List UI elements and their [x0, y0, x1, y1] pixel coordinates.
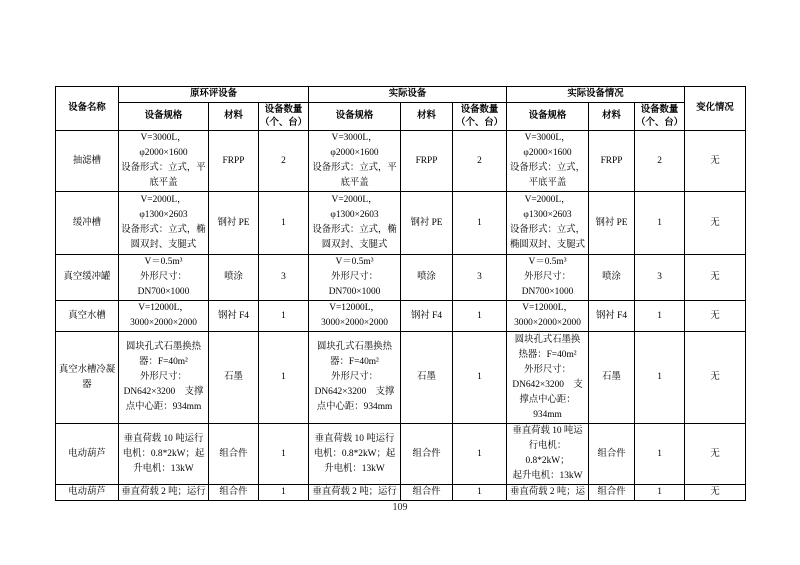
header-spec: 设备规格	[119, 103, 209, 131]
page-number: 109	[0, 502, 800, 513]
material-cell: 石墨	[589, 332, 635, 424]
spec-cell: 圆块孔式石墨换 热器：F=40m² 外形尺寸： DN642×3200 支 撑点中…	[507, 332, 589, 424]
header-equipment-name: 设备名称	[56, 87, 119, 131]
equipment-name-cell: 真空水槽冷凝 器	[56, 332, 119, 424]
table-header-sub-row: 设备规格 材料 设备数量 （个、台） 设备规格 材料 设备数量 （个、台） 设备…	[56, 103, 746, 131]
spec-cell: V=2000L， φ1300×2603 设备形式：立式， 椭圆双封、支腿式	[507, 192, 589, 255]
spec-cell: V=12000L， 3000×2000×2000	[119, 301, 209, 332]
quantity-cell: 2	[453, 131, 507, 192]
header-material: 材料	[589, 103, 635, 131]
quantity-cell: 1	[635, 192, 685, 255]
spec-cell: V=12000L， 3000×2000×2000	[309, 301, 401, 332]
header-group-actual: 实际设备	[309, 87, 507, 103]
table-row: 真空缓冲罐 V＝0.5m³ 外形尺寸： DN700×1000 喷涂 3 V＝0.…	[56, 255, 746, 301]
material-cell: 组合件	[401, 485, 453, 501]
quantity-cell: 1	[453, 424, 507, 485]
spec-cell: V=3000L， φ2000×1600 设备形式：立式，平 底平盖	[119, 131, 209, 192]
material-cell: 组合件	[209, 424, 259, 485]
spec-cell: 圆块孔式石墨换热 器：F=40m² 外形尺寸： DN642×3200 支撑 点中…	[309, 332, 401, 424]
quantity-cell: 1	[453, 301, 507, 332]
material-cell: 石墨	[401, 332, 453, 424]
spec-cell: V=2000L， φ1300×2603 设备形式：立式，椭 圆双封、支腿式	[309, 192, 401, 255]
quantity-cell: 1	[259, 332, 309, 424]
quantity-cell: 1	[259, 485, 309, 501]
change-cell: 无	[685, 192, 746, 255]
change-cell: 无	[685, 301, 746, 332]
quantity-cell: 1	[453, 192, 507, 255]
header-spec: 设备规格	[507, 103, 589, 131]
quantity-cell: 1	[635, 485, 685, 501]
material-cell: 钢衬 PE	[589, 192, 635, 255]
quantity-cell: 1	[453, 332, 507, 424]
equipment-name-cell: 真空缓冲罐	[56, 255, 119, 301]
header-change: 变化情况	[685, 87, 746, 131]
spec-cell: V=3000L， φ2000×1600 设备形式：立式，平 底平盖	[309, 131, 401, 192]
change-cell: 无	[685, 485, 746, 501]
spec-cell: V=2000L， φ1300×2603 设备形式：立式，椭 圆双封、支腿式	[119, 192, 209, 255]
equipment-name-cell: 电动葫芦	[56, 424, 119, 485]
material-cell: 喷涂	[589, 255, 635, 301]
spec-cell: 圆块孔式石墨换热 器：F=40m² 外形尺寸： DN642×3200 支撑 点中…	[119, 332, 209, 424]
material-cell: FRPP	[401, 131, 453, 192]
spec-cell: 垂直荷载 2 吨；运行	[309, 485, 401, 501]
header-group-actual-situation: 实际设备情况	[507, 87, 685, 103]
material-cell: 钢衬 PE	[401, 192, 453, 255]
table-row: 抽滤槽 V=3000L， φ2000×1600 设备形式：立式，平 底平盖 FR…	[56, 131, 746, 192]
spec-cell: 垂直荷载 2 吨；运行	[119, 485, 209, 501]
table-row: 电动葫芦 垂直荷载 10 吨运行 电机：0.8*2kW；起 升电机：13kW 组…	[56, 424, 746, 485]
material-cell: FRPP	[209, 131, 259, 192]
spec-cell: 垂直荷载 10 吨运 行电机：0.8*2kW； 起升电机：13kW	[507, 424, 589, 485]
table-header-group-row: 设备名称 原环评设备 实际设备 实际设备情况 变化情况	[56, 87, 746, 103]
change-cell: 无	[685, 255, 746, 301]
quantity-cell: 1	[453, 485, 507, 501]
material-cell: 钢衬 F4	[589, 301, 635, 332]
header-material: 材料	[209, 103, 259, 131]
equipment-name-cell: 抽滤槽	[56, 131, 119, 192]
material-cell: 钢衬 PE	[209, 192, 259, 255]
material-cell: 组合件	[589, 424, 635, 485]
quantity-cell: 1	[635, 332, 685, 424]
table-row: 真空水槽 V=12000L， 3000×2000×2000 钢衬 F4 1 V=…	[56, 301, 746, 332]
change-cell: 无	[685, 424, 746, 485]
spec-cell: 垂直荷载 10 吨运行 电机：0.8*2kW；起 升电机：13kW	[309, 424, 401, 485]
header-group-original-eia: 原环评设备	[119, 87, 309, 103]
quantity-cell: 3	[453, 255, 507, 301]
spec-cell: V=12000L， 3000×2000×2000	[507, 301, 589, 332]
change-cell: 无	[685, 131, 746, 192]
header-quantity: 设备数量 （个、台）	[635, 103, 685, 131]
material-cell: 石墨	[209, 332, 259, 424]
spec-cell: V＝0.5m³ 外形尺寸： DN700×1000	[507, 255, 589, 301]
quantity-cell: 1	[259, 301, 309, 332]
material-cell: 喷涂	[401, 255, 453, 301]
quantity-cell: 1	[259, 192, 309, 255]
spec-cell: V=3000L， φ2000×1600 设备形式：立式， 平底平盖	[507, 131, 589, 192]
spec-cell: 垂直荷载 2 吨；运	[507, 485, 589, 501]
equipment-name-cell: 电动葫芦	[56, 485, 119, 501]
material-cell: 组合件	[209, 485, 259, 501]
spec-cell: 垂直荷载 10 吨运行 电机：0.8*2kW；起 升电机：13kW	[119, 424, 209, 485]
spec-cell: V＝0.5m³ 外形尺寸： DN700×1000	[309, 255, 401, 301]
table-row: 缓冲槽 V=2000L， φ1300×2603 设备形式：立式，椭 圆双封、支腿…	[56, 192, 746, 255]
table-row: 电动葫芦 垂直荷载 2 吨；运行 组合件 1 垂直荷载 2 吨；运行 组合件 1…	[56, 485, 746, 501]
document-page: 设备名称 原环评设备 实际设备 实际设备情况 变化情况 设备规格 材料 设备数量…	[0, 0, 800, 565]
quantity-cell: 1	[259, 424, 309, 485]
material-cell: FRPP	[589, 131, 635, 192]
equipment-table: 设备名称 原环评设备 实际设备 实际设备情况 变化情况 设备规格 材料 设备数量…	[55, 86, 746, 501]
table-row: 真空水槽冷凝 器 圆块孔式石墨换热 器：F=40m² 外形尺寸： DN642×3…	[56, 332, 746, 424]
material-cell: 喷涂	[209, 255, 259, 301]
change-cell: 无	[685, 332, 746, 424]
quantity-cell: 3	[259, 255, 309, 301]
spec-cell: V＝0.5m³ 外形尺寸： DN700×1000	[119, 255, 209, 301]
quantity-cell: 1	[635, 301, 685, 332]
quantity-cell: 3	[635, 255, 685, 301]
header-quantity: 设备数量 （个、台）	[259, 103, 309, 131]
header-material: 材料	[401, 103, 453, 131]
quantity-cell: 2	[635, 131, 685, 192]
quantity-cell: 1	[635, 424, 685, 485]
material-cell: 钢衬 F4	[401, 301, 453, 332]
material-cell: 组合件	[401, 424, 453, 485]
header-quantity: 设备数量 （个、台）	[453, 103, 507, 131]
equipment-name-cell: 真空水槽	[56, 301, 119, 332]
equipment-name-cell: 缓冲槽	[56, 192, 119, 255]
material-cell: 组合件	[589, 485, 635, 501]
quantity-cell: 2	[259, 131, 309, 192]
header-spec: 设备规格	[309, 103, 401, 131]
material-cell: 钢衬 F4	[209, 301, 259, 332]
